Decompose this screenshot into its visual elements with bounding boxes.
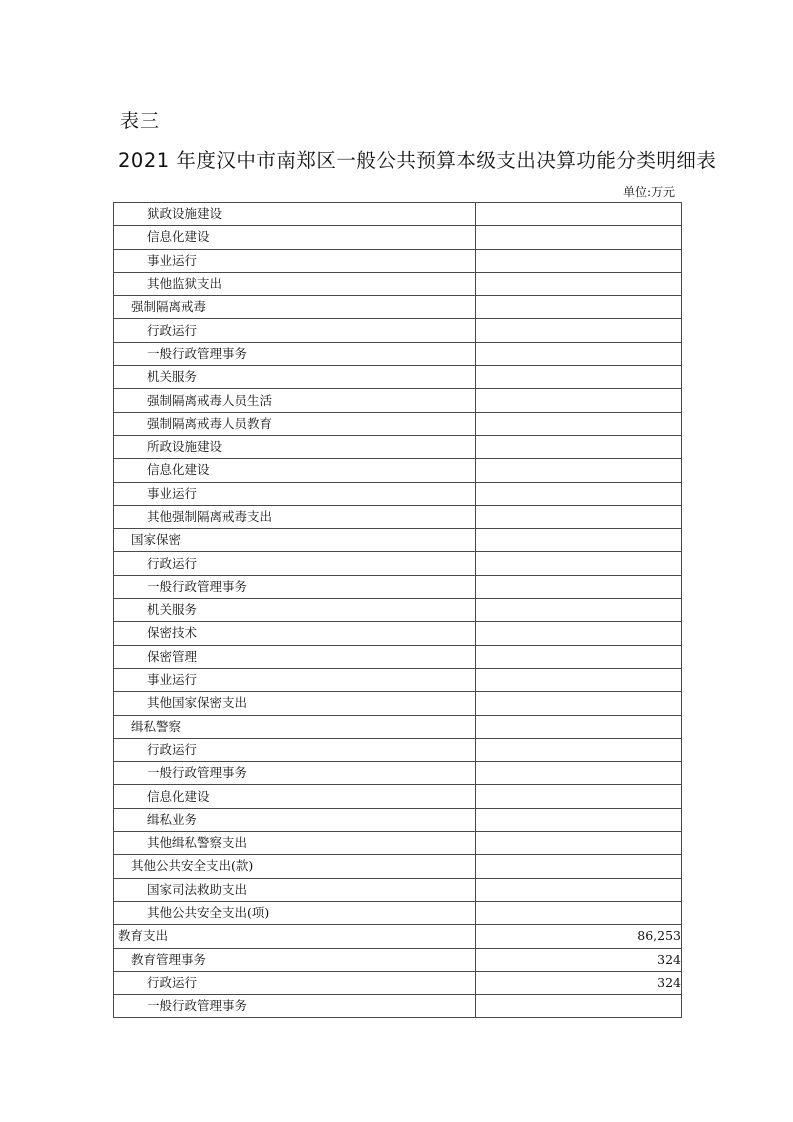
row-category-name: 一般行政管理事务 [114,342,476,365]
table-row: 强制隔离戒毒 [114,296,682,319]
table-row: 其他公共安全支出(项) [114,901,682,924]
table-row: 一般行政管理事务 [114,995,682,1018]
row-category-name: 事业运行 [114,668,476,691]
table-row: 行政运行 [114,319,682,342]
row-amount [476,832,682,855]
row-category-name: 信息化建设 [114,226,476,249]
row-amount: 86,253 [476,925,682,948]
row-category-name: 一般行政管理事务 [114,995,476,1018]
table-row: 国家保密 [114,529,682,552]
table-row: 狱政设施建设 [114,203,682,226]
row-amount [476,435,682,458]
table-row: 一般行政管理事务 [114,762,682,785]
row-category-name: 强制隔离戒毒人员生活 [114,389,476,412]
table-row: 国家司法救助支出 [114,878,682,901]
row-category-name: 信息化建设 [114,459,476,482]
row-amount [476,692,682,715]
table-row: 行政运行324 [114,971,682,994]
row-category-name: 国家司法救助支出 [114,878,476,901]
row-category-name: 教育管理事务 [114,948,476,971]
row-amount [476,715,682,738]
row-amount [476,995,682,1018]
row-category-name: 信息化建设 [114,785,476,808]
table-row: 缉私业务 [114,808,682,831]
table-row: 事业运行 [114,668,682,691]
row-amount [476,459,682,482]
table-row: 信息化建设 [114,459,682,482]
row-category-name: 缉私业务 [114,808,476,831]
table-row: 事业运行 [114,482,682,505]
row-category-name: 教育支出 [114,925,476,948]
row-amount [476,622,682,645]
table-row: 其他强制隔离戒毒支出 [114,505,682,528]
row-category-name: 行政运行 [114,971,476,994]
row-category-name: 事业运行 [114,249,476,272]
table-row: 强制隔离戒毒人员生活 [114,389,682,412]
row-amount [476,738,682,761]
table-row: 行政运行 [114,552,682,575]
row-category-name: 其他国家保密支出 [114,692,476,715]
row-category-name: 强制隔离戒毒 [114,296,476,319]
row-amount [476,272,682,295]
row-category-name: 一般行政管理事务 [114,762,476,785]
table-row: 保密技术 [114,622,682,645]
row-amount [476,855,682,878]
row-category-name: 机关服务 [114,366,476,389]
row-amount [476,389,682,412]
row-amount [476,342,682,365]
row-category-name: 狱政设施建设 [114,203,476,226]
row-amount [476,482,682,505]
table-row: 机关服务 [114,599,682,622]
row-amount [476,412,682,435]
row-category-name: 机关服务 [114,599,476,622]
table-row: 一般行政管理事务 [114,342,682,365]
row-amount [476,552,682,575]
row-amount [476,901,682,924]
row-amount [476,668,682,691]
table-row: 其他监狱支出 [114,272,682,295]
row-amount [476,203,682,226]
row-category-name: 行政运行 [114,552,476,575]
row-amount [476,505,682,528]
row-amount [476,226,682,249]
table-row: 机关服务 [114,366,682,389]
row-amount: 324 [476,948,682,971]
table-row: 其他公共安全支出(款) [114,855,682,878]
row-category-name: 其他监狱支出 [114,272,476,295]
row-category-name: 行政运行 [114,738,476,761]
row-category-name: 一般行政管理事务 [114,575,476,598]
table-row: 教育管理事务324 [114,948,682,971]
row-category-name: 国家保密 [114,529,476,552]
table-row: 缉私警察 [114,715,682,738]
row-amount [476,878,682,901]
table-row: 信息化建设 [114,226,682,249]
row-category-name: 其他公共安全支出(项) [114,901,476,924]
unit-label: 单位:万元 [623,183,675,200]
row-category-name: 保密技术 [114,622,476,645]
row-category-name: 其他缉私警察支出 [114,832,476,855]
table-row: 强制隔离戒毒人员教育 [114,412,682,435]
row-amount [476,645,682,668]
table-row: 信息化建设 [114,785,682,808]
row-amount [476,575,682,598]
row-amount: 324 [476,971,682,994]
table-row: 教育支出86,253 [114,925,682,948]
row-category-name: 强制隔离戒毒人员教育 [114,412,476,435]
row-amount [476,599,682,622]
expenditure-table: 狱政设施建设信息化建设事业运行其他监狱支出强制隔离戒毒行政运行一般行政管理事务机… [113,202,682,1018]
table-row: 保密管理 [114,645,682,668]
row-amount [476,319,682,342]
row-amount [476,529,682,552]
row-amount [476,785,682,808]
row-category-name: 其他强制隔离戒毒支出 [114,505,476,528]
table-row: 事业运行 [114,249,682,272]
table-row: 所政设施建设 [114,435,682,458]
row-category-name: 行政运行 [114,319,476,342]
row-category-name: 保密管理 [114,645,476,668]
table-row: 行政运行 [114,738,682,761]
table-label: 表三 [120,106,160,133]
row-category-name: 其他公共安全支出(款) [114,855,476,878]
table-row: 其他国家保密支出 [114,692,682,715]
row-amount [476,249,682,272]
row-amount [476,296,682,319]
row-category-name: 所政设施建设 [114,435,476,458]
table-body: 狱政设施建设信息化建设事业运行其他监狱支出强制隔离戒毒行政运行一般行政管理事务机… [114,203,682,1018]
row-amount [476,762,682,785]
row-category-name: 缉私警察 [114,715,476,738]
row-amount [476,366,682,389]
table-row: 其他缉私警察支出 [114,832,682,855]
row-amount [476,808,682,831]
row-category-name: 事业运行 [114,482,476,505]
table-row: 一般行政管理事务 [114,575,682,598]
document-title: 2021 年度汉中市南郑区一般公共预算本级支出决算功能分类明细表 [118,145,716,173]
